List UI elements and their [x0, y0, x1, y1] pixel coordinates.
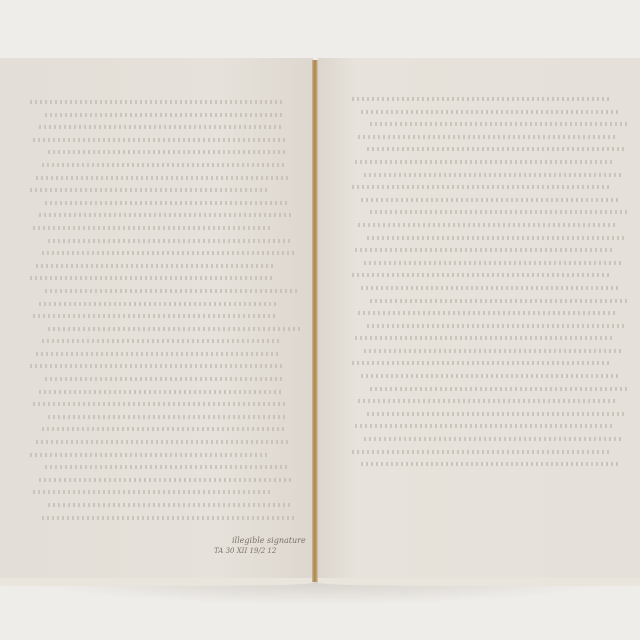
embossed-line — [48, 150, 285, 154]
embossed-line — [36, 176, 288, 180]
embossed-line — [355, 336, 613, 340]
embossed-line — [39, 125, 283, 129]
embossed-line — [355, 424, 613, 428]
embossed-line — [30, 188, 267, 192]
embossed-line — [367, 236, 625, 240]
embossed-line — [358, 135, 616, 139]
embossed-line — [45, 289, 297, 293]
embossed-line — [352, 450, 610, 454]
embossed-line — [370, 210, 628, 214]
embossed-line — [30, 276, 274, 280]
embossed-line — [370, 387, 628, 391]
embossed-line — [30, 453, 267, 457]
embossed-line — [42, 163, 286, 167]
embossed-line — [361, 286, 619, 290]
embossed-line — [48, 239, 292, 243]
embossed-line — [355, 248, 613, 252]
embossed-line — [352, 361, 610, 365]
inscription: TA 30 XII 19/2 12 — [214, 547, 276, 555]
embossed-line — [36, 352, 280, 356]
embossed-line — [42, 339, 279, 343]
embossed-line — [39, 478, 291, 482]
embossed-line — [361, 374, 619, 378]
embossed-line — [45, 377, 282, 381]
embossed-line — [33, 226, 270, 230]
embossed-line — [42, 516, 294, 520]
embossed-line — [33, 314, 277, 318]
left-page-embossed-text — [30, 100, 282, 528]
embossed-line — [33, 490, 270, 494]
embossed-line — [45, 113, 282, 117]
embossed-line — [358, 399, 616, 403]
embossed-line — [352, 185, 610, 189]
embossed-line — [42, 251, 294, 255]
embossed-line — [30, 364, 282, 368]
book-spine — [312, 60, 318, 582]
embossed-line — [358, 223, 616, 227]
embossed-line — [370, 299, 628, 303]
embossed-line — [367, 147, 625, 151]
embossed-line — [352, 97, 610, 101]
embossed-line — [48, 503, 292, 507]
embossed-line — [48, 327, 300, 331]
embossed-line — [30, 100, 282, 104]
right-page-embossed-text — [352, 97, 610, 475]
embossed-line — [364, 349, 622, 353]
embossed-line — [364, 261, 622, 265]
embossed-line — [367, 412, 625, 416]
embossed-line — [42, 427, 286, 431]
embossed-line — [48, 415, 285, 419]
embossed-line — [33, 402, 285, 406]
embossed-line — [361, 110, 619, 114]
embossed-line — [361, 462, 619, 466]
embossed-line — [367, 324, 625, 328]
embossed-line — [358, 311, 616, 315]
signature: illegible signature — [232, 536, 306, 545]
embossed-line — [45, 201, 289, 205]
embossed-line — [355, 160, 613, 164]
embossed-line — [36, 440, 288, 444]
embossed-line — [36, 264, 273, 268]
embossed-line — [45, 465, 289, 469]
embossed-line — [370, 122, 628, 126]
embossed-line — [33, 138, 285, 142]
embossed-line — [364, 437, 622, 441]
embossed-line — [39, 302, 276, 306]
embossed-line — [39, 390, 283, 394]
embossed-line — [39, 213, 291, 217]
embossed-line — [361, 198, 619, 202]
embossed-line — [352, 273, 610, 277]
embossed-line — [364, 173, 622, 177]
